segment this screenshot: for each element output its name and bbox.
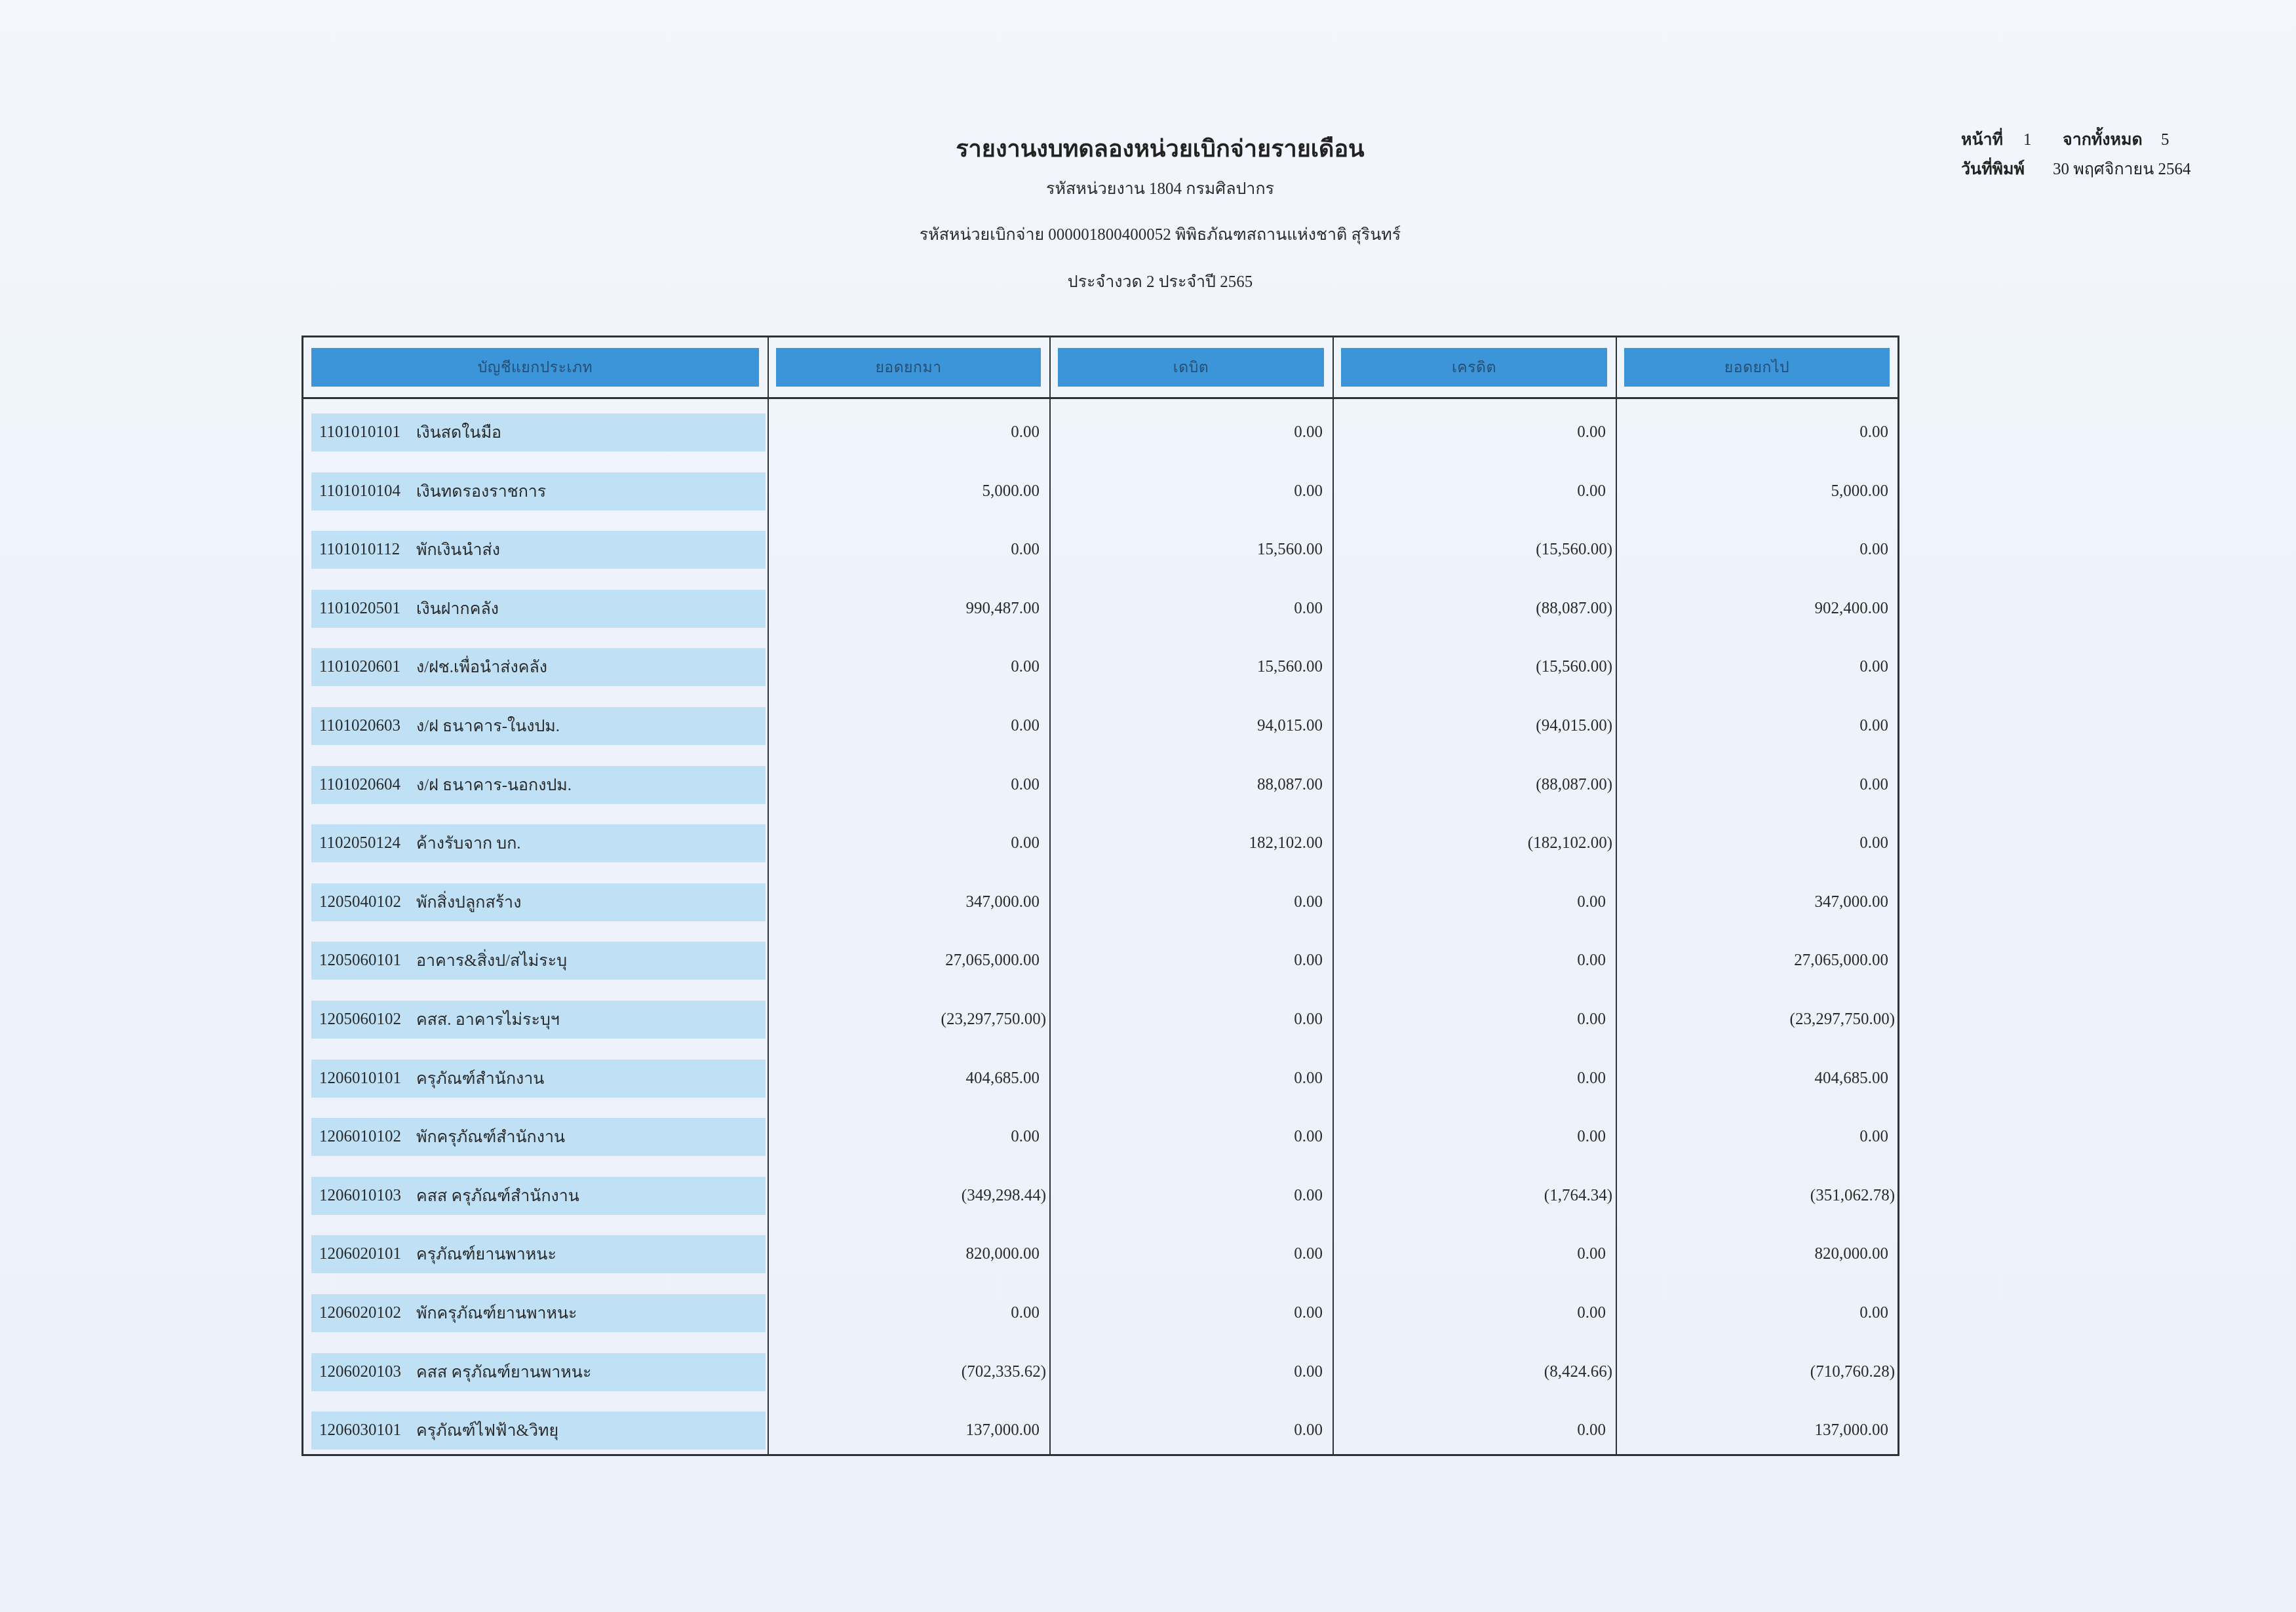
table-row: 1206030101ครุภัณฑ์ไฟฟ้า&วิทยุ137,000.000… (303, 1411, 1897, 1451)
account-cell: 1206010102พักครุภัณฑ์สำนักงาน (311, 1118, 766, 1156)
account-code: 1101020501 (319, 600, 411, 618)
account-code: 1101010112 (319, 541, 411, 559)
table-row: 1102050124ค้างรับจาก บก.0.00182,102.00(1… (303, 824, 1897, 864)
table-row: 1101020601ง/ฝช.เพื่อนำส่งคลัง0.0015,560.… (303, 648, 1897, 687)
account-code: 1101020604 (319, 776, 411, 794)
account-cell: 1101010112พักเงินนำส่ง (311, 531, 766, 569)
page-indicator: หน้าที่1จากทั้งหมด5 (1961, 126, 2170, 153)
cell-brought-forward: 990,487.00 (768, 590, 1040, 628)
cell-debit: 94,015.00 (1050, 707, 1323, 745)
cell-carried-forward: 404,685.00 (1616, 1060, 1888, 1098)
report-title: รายงานงบทดลองหน่วยเบิกจ่ายรายเดือน (0, 130, 2296, 167)
cell-debit: 15,560.00 (1050, 531, 1323, 569)
account-code: 1206020102 (319, 1304, 411, 1322)
period-line: ประจำงวด 2 ประจำปี 2565 (0, 269, 2296, 295)
table-row: 1205040102พักสิ่งปลูกสร้าง347,000.000.00… (303, 883, 1897, 923)
cell-carried-forward: 5,000.00 (1616, 472, 1888, 510)
cell-debit: 0.00 (1050, 590, 1323, 628)
account-code: 1205060102 (319, 1010, 411, 1029)
account-name: ง/ฝช.เพื่อนำส่งคลัง (416, 654, 547, 680)
account-cell: 1206020101ครุภัณฑ์ยานพาหนะ (311, 1235, 766, 1273)
account-name: คสส ครุภัณฑ์ยานพาหนะ (416, 1359, 591, 1385)
account-cell: 1205060101อาคาร&สิ่งป/สไม่ระบุ (311, 942, 766, 980)
account-name: ครุภัณฑ์สำนักงาน (416, 1065, 544, 1092)
account-cell: 1205040102พักสิ่งปลูกสร้าง (311, 883, 766, 921)
cell-debit: 0.00 (1050, 942, 1323, 980)
cell-carried-forward: 0.00 (1616, 766, 1888, 804)
account-name: เงินทดรองราชการ (416, 478, 546, 505)
account-cell: 1206010101ครุภัณฑ์สำนักงาน (311, 1060, 766, 1098)
account-code: 1206020101 (319, 1245, 411, 1263)
cell-carried-forward: 137,000.00 (1616, 1411, 1888, 1449)
column-divider (1333, 337, 1334, 1454)
column-header-brought-forward: ยอดยกมา (776, 348, 1041, 387)
table-row: 1101020501เงินฝากคลัง990,487.000.00(88,0… (303, 590, 1897, 629)
cell-credit: 0.00 (1333, 1060, 1606, 1098)
cell-credit: 0.00 (1333, 1118, 1606, 1156)
account-name: พักครุภัณฑ์ยานพาหนะ (416, 1300, 577, 1326)
column-header-account: บัญชีแยกประเภท (311, 348, 759, 387)
account-name: ครุภัณฑ์ยานพาหนะ (416, 1241, 556, 1267)
table-body: 1101010101เงินสดในมือ0.000.000.000.00110… (303, 399, 1897, 1454)
cell-debit: 88,087.00 (1050, 766, 1323, 804)
cell-brought-forward: 0.00 (768, 413, 1040, 451)
account-code: 1206010103 (319, 1187, 411, 1205)
table-row: 1205060101อาคาร&สิ่งป/สไม่ระบุ27,065,000… (303, 942, 1897, 981)
account-code: 1101010104 (319, 482, 411, 501)
cell-credit: 0.00 (1333, 1001, 1606, 1039)
cell-debit: 182,102.00 (1050, 824, 1323, 862)
account-code: 1205040102 (319, 893, 411, 912)
account-name: ง/ฝ ธนาคาร-นอกงปม. (416, 772, 572, 798)
cell-credit: (15,560.00) (1333, 531, 1612, 569)
print-date: วันที่พิมพ์30 พฤศจิกายน 2564 (1961, 156, 2191, 182)
account-name: ค้างรับจาก บก. (416, 830, 521, 856)
account-code: 1101010101 (319, 423, 411, 442)
cell-brought-forward: 0.00 (768, 648, 1040, 686)
cell-debit: 0.00 (1050, 1060, 1323, 1098)
cell-credit: (8,424.66) (1333, 1353, 1612, 1391)
account-cell: 1101020603ง/ฝ ธนาคาร-ในงปม. (311, 707, 766, 745)
account-name: เงินฝากคลัง (416, 596, 499, 622)
cell-credit: 0.00 (1333, 1294, 1606, 1332)
cell-debit: 0.00 (1050, 883, 1323, 921)
cell-brought-forward: 347,000.00 (768, 883, 1040, 921)
table-row: 1205060102คสส. อาคารไม่ระบุฯ(23,297,750.… (303, 1001, 1897, 1040)
total-pages: 5 (2161, 131, 2170, 149)
account-name: อาคาร&สิ่งป/สไม่ระบุ (416, 948, 567, 974)
account-cell: 1102050124ค้างรับจาก บก. (311, 824, 766, 862)
cell-brought-forward: 0.00 (768, 531, 1040, 569)
account-code: 1102050124 (319, 834, 411, 853)
cell-carried-forward: 0.00 (1616, 648, 1888, 686)
table-row: 1206010102พักครุภัณฑ์สำนักงาน0.000.000.0… (303, 1118, 1897, 1157)
table-row: 1206020102พักครุภัณฑ์ยานพาหนะ0.000.000.0… (303, 1294, 1897, 1334)
cell-debit: 0.00 (1050, 1294, 1323, 1332)
cell-carried-forward: 0.00 (1616, 707, 1888, 745)
cell-credit: (88,087.00) (1333, 766, 1612, 804)
account-cell: 1205060102คสส. อาคารไม่ระบุฯ (311, 1001, 766, 1039)
agency-line: รหัสหน่วยงาน 1804 กรมศิลปากร (0, 176, 2296, 202)
cell-debit: 0.00 (1050, 1411, 1323, 1449)
cell-credit: 0.00 (1333, 1235, 1606, 1273)
cell-carried-forward: (23,297,750.00) (1616, 1001, 1895, 1039)
account-name: พักครุภัณฑ์สำนักงาน (416, 1124, 565, 1150)
cell-debit: 0.00 (1050, 1177, 1323, 1215)
cell-carried-forward: 27,065,000.00 (1616, 942, 1888, 980)
cell-carried-forward: (351,062.78) (1616, 1177, 1895, 1215)
cell-carried-forward: (710,760.28) (1616, 1353, 1895, 1391)
cell-credit: 0.00 (1333, 1411, 1606, 1449)
account-code: 1206030101 (319, 1421, 411, 1440)
account-code: 1101020601 (319, 658, 411, 676)
table-row: 1101020603ง/ฝ ธนาคาร-ในงปม.0.0094,015.00… (303, 707, 1897, 746)
cell-brought-forward: 5,000.00 (768, 472, 1040, 510)
column-divider (768, 337, 769, 1454)
disbursement-unit-line: รหัสหน่วยเบิกจ่าย 000001800400052 พิพิธภ… (0, 221, 2296, 248)
print-date-value: 30 พฤศจิกายน 2564 (2053, 156, 2191, 182)
cell-debit: 15,560.00 (1050, 648, 1323, 686)
cell-credit: 0.00 (1333, 413, 1606, 451)
account-code: 1206020103 (319, 1363, 411, 1381)
cell-brought-forward: 0.00 (768, 766, 1040, 804)
cell-credit: (1,764.34) (1333, 1177, 1612, 1215)
table-row: 1206020101ครุภัณฑ์ยานพาหนะ820,000.000.00… (303, 1235, 1897, 1275)
total-pages-label: จากทั้งหมด (2063, 126, 2161, 153)
cell-brought-forward: 404,685.00 (768, 1060, 1040, 1098)
account-cell: 1101020501เงินฝากคลัง (311, 590, 766, 628)
cell-credit: (94,015.00) (1333, 707, 1612, 745)
cell-brought-forward: 27,065,000.00 (768, 942, 1040, 980)
account-cell: 1101010101เงินสดในมือ (311, 413, 766, 451)
table-row: 1206010101ครุภัณฑ์สำนักงาน404,685.000.00… (303, 1060, 1897, 1099)
trial-balance-table: บัญชีแยกประเภทยอดยกมาเดบิตเครดิตยอดยกไป … (302, 336, 1899, 1456)
cell-brought-forward: 0.00 (768, 824, 1040, 862)
cell-brought-forward: (349,298.44) (768, 1177, 1046, 1215)
account-code: 1205060101 (319, 951, 411, 970)
table-header: บัญชีแยกประเภทยอดยกมาเดบิตเครดิตยอดยกไป (303, 337, 1897, 399)
column-header-carried-forward: ยอดยกไป (1624, 348, 1890, 387)
cell-carried-forward: 0.00 (1616, 1294, 1888, 1332)
cell-brought-forward: (23,297,750.00) (768, 1001, 1046, 1039)
cell-debit: 0.00 (1050, 1235, 1323, 1273)
cell-credit: (88,087.00) (1333, 590, 1612, 628)
account-code: 1206010102 (319, 1128, 411, 1146)
cell-carried-forward: 820,000.00 (1616, 1235, 1888, 1273)
account-cell: 1101010104เงินทดรองราชการ (311, 472, 766, 510)
column-header-credit: เครดิต (1341, 348, 1607, 387)
cell-credit: (15,560.00) (1333, 648, 1612, 686)
table-row: 1101010104เงินทดรองราชการ5,000.000.000.0… (303, 472, 1897, 512)
cell-brought-forward: 0.00 (768, 707, 1040, 745)
cell-debit: 0.00 (1050, 1118, 1323, 1156)
account-cell: 1206030101ครุภัณฑ์ไฟฟ้า&วิทยุ (311, 1411, 766, 1449)
page-number: 1 (2023, 131, 2063, 149)
account-name: พักสิ่งปลูกสร้าง (416, 889, 521, 915)
cell-credit: 0.00 (1333, 472, 1606, 510)
cell-carried-forward: 0.00 (1616, 824, 1888, 862)
cell-carried-forward: 0.00 (1616, 413, 1888, 451)
account-cell: 1206020102พักครุภัณฑ์ยานพาหนะ (311, 1294, 766, 1332)
account-name: คสส. อาคารไม่ระบุฯ (416, 1007, 560, 1033)
account-code: 1206010101 (319, 1069, 411, 1088)
cell-carried-forward: 0.00 (1616, 1118, 1888, 1156)
account-cell: 1206020103คสส ครุภัณฑ์ยานพาหนะ (311, 1353, 766, 1391)
account-cell: 1101020604ง/ฝ ธนาคาร-นอกงปม. (311, 766, 766, 804)
cell-debit: 0.00 (1050, 413, 1323, 451)
column-divider (1616, 337, 1617, 1454)
cell-debit: 0.00 (1050, 1001, 1323, 1039)
cell-carried-forward: 0.00 (1616, 531, 1888, 569)
table-row: 1101020604ง/ฝ ธนาคาร-นอกงปม.0.0088,087.0… (303, 766, 1897, 805)
cell-debit: 0.00 (1050, 1353, 1323, 1391)
cell-brought-forward: 0.00 (768, 1294, 1040, 1332)
column-divider (1049, 337, 1051, 1454)
account-name: ง/ฝ ธนาคาร-ในงปม. (416, 713, 560, 739)
column-header-debit: เดบิต (1058, 348, 1324, 387)
cell-credit: 0.00 (1333, 942, 1606, 980)
table-row: 1206010103คสส ครุภัณฑ์สำนักงาน(349,298.4… (303, 1177, 1897, 1216)
cell-debit: 0.00 (1050, 472, 1323, 510)
cell-brought-forward: 137,000.00 (768, 1411, 1040, 1449)
page-label: หน้าที่ (1961, 126, 2023, 153)
account-name: พักเงินนำส่ง (416, 537, 500, 563)
cell-credit: (182,102.00) (1333, 824, 1612, 862)
cell-brought-forward: (702,335.62) (768, 1353, 1046, 1391)
table-row: 1206020103คสส ครุภัณฑ์ยานพาหนะ(702,335.6… (303, 1353, 1897, 1392)
cell-carried-forward: 902,400.00 (1616, 590, 1888, 628)
account-cell: 1206010103คสส ครุภัณฑ์สำนักงาน (311, 1177, 766, 1215)
cell-brought-forward: 820,000.00 (768, 1235, 1040, 1273)
cell-credit: 0.00 (1333, 883, 1606, 921)
print-date-label: วันที่พิมพ์ (1961, 156, 2053, 182)
account-name: เงินสดในมือ (416, 419, 501, 446)
table-row: 1101010101เงินสดในมือ0.000.000.000.00 (303, 413, 1897, 453)
cell-brought-forward: 0.00 (768, 1118, 1040, 1156)
cell-carried-forward: 347,000.00 (1616, 883, 1888, 921)
account-name: คสส ครุภัณฑ์สำนักงาน (416, 1183, 579, 1209)
account-code: 1101020603 (319, 717, 411, 735)
account-name: ครุภัณฑ์ไฟฟ้า&วิทยุ (416, 1417, 558, 1444)
table-row: 1101010112พักเงินนำส่ง0.0015,560.00(15,5… (303, 531, 1897, 570)
account-cell: 1101020601ง/ฝช.เพื่อนำส่งคลัง (311, 648, 766, 686)
